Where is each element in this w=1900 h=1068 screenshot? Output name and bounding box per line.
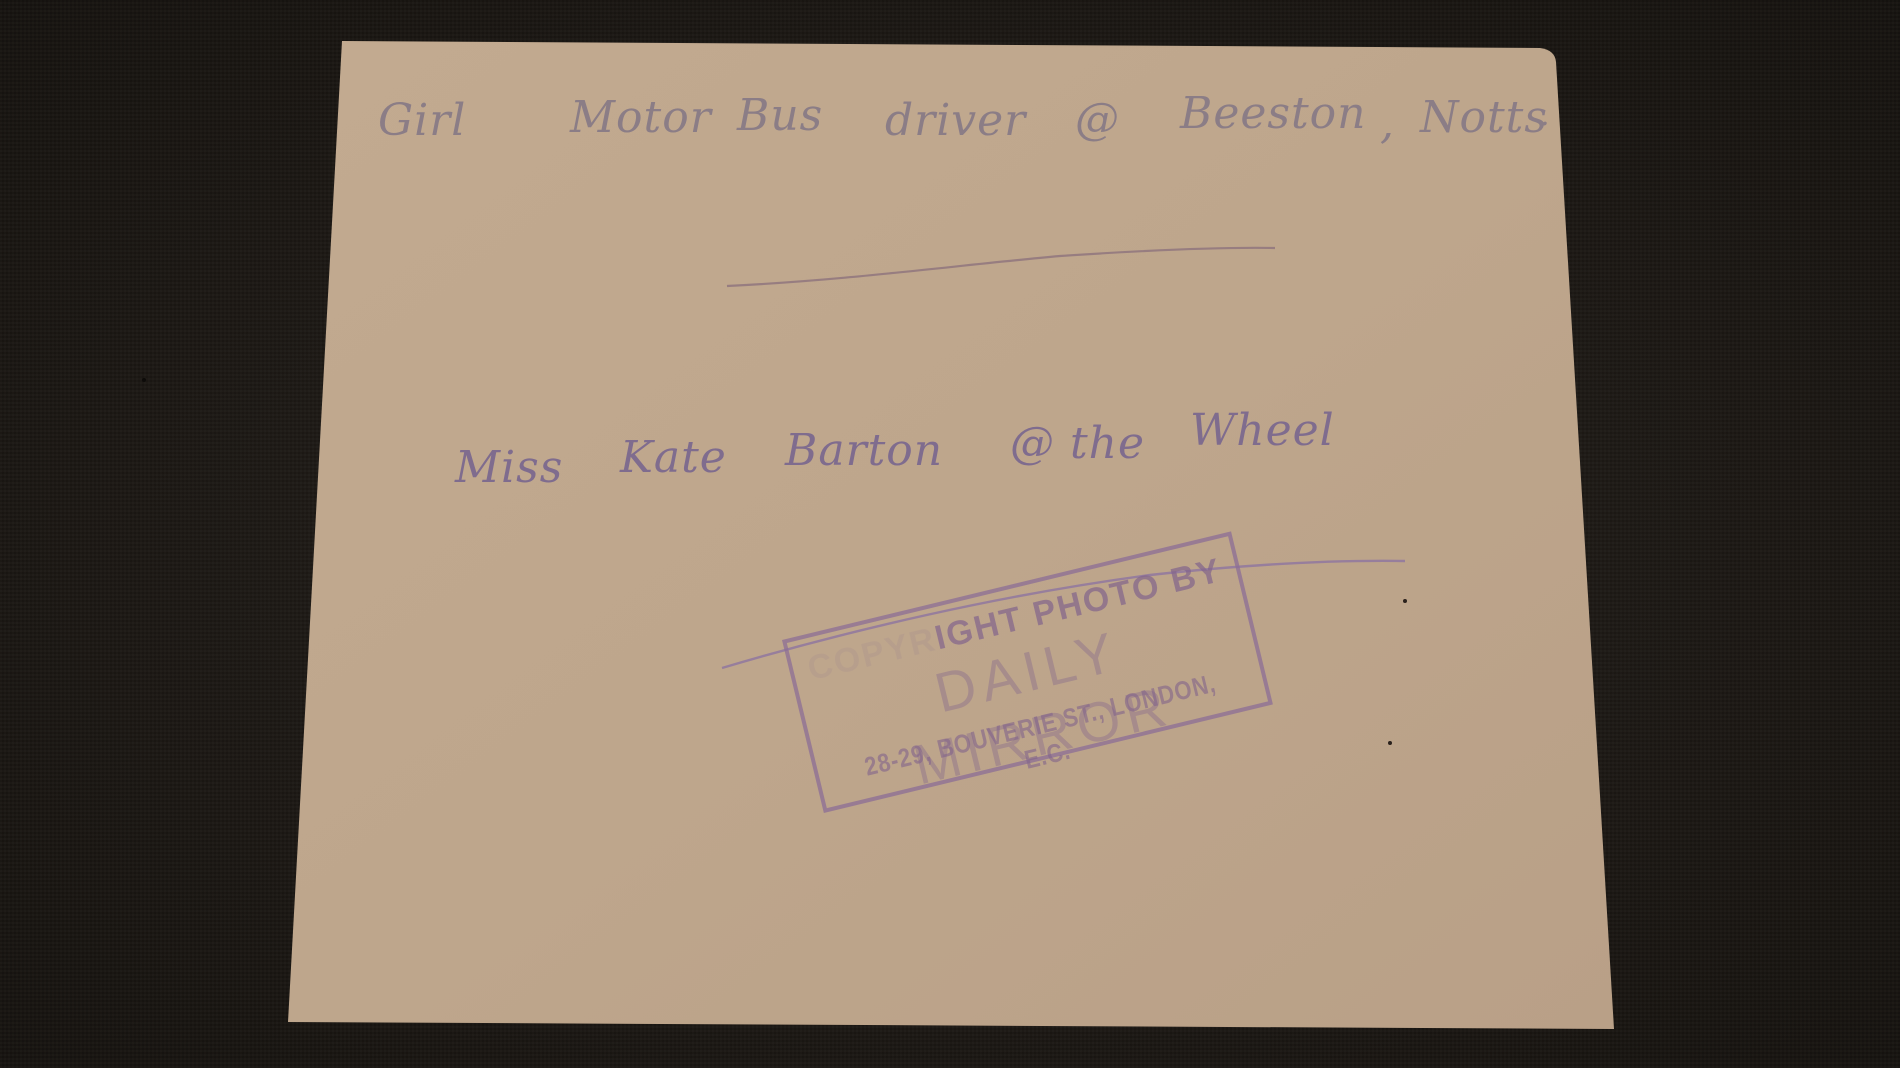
caption-word: driver [885, 95, 1026, 146]
caption-word: Girl [378, 95, 466, 146]
caption-word: . [1540, 98, 1551, 133]
paper-sheet [0, 0, 1900, 1068]
caption-word: Kate [620, 432, 727, 483]
cloth-speck [142, 378, 146, 382]
photo-scene: Girl Motor Bus driver @ Beeston , Notts … [0, 0, 1900, 1068]
caption-word: Bus [737, 90, 823, 141]
caption-word: , [1380, 98, 1395, 149]
caption-word: Miss [455, 442, 563, 493]
paper-speck [1403, 599, 1407, 603]
caption-word: Barton [785, 425, 943, 476]
caption-word: Wheel [1190, 405, 1335, 456]
caption-word: @ [1075, 94, 1120, 145]
paper-speck [1388, 741, 1392, 745]
caption-word: Beeston [1180, 88, 1367, 139]
caption-word: @ the [1010, 418, 1145, 469]
caption-word: Notts [1420, 92, 1548, 143]
caption-word: Motor [570, 92, 712, 143]
